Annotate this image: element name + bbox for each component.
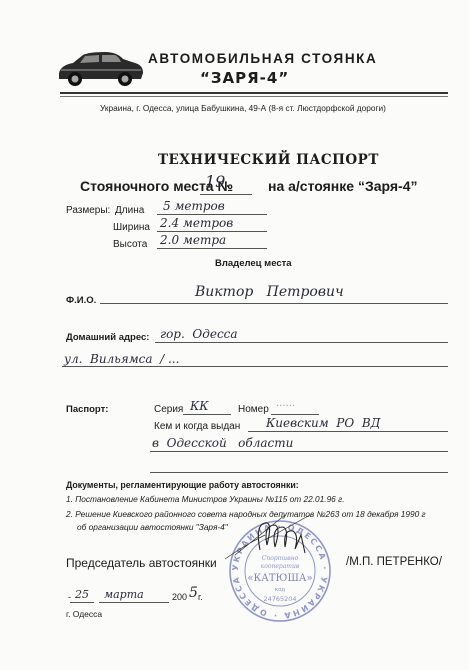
car-logo-icon: [55, 47, 145, 89]
svg-text:«КАТЮША»: «КАТЮША»: [247, 573, 312, 584]
regulation-item-1: 1. Постановление Кабинета Министров Укра…: [66, 494, 345, 504]
issued-line-2: в Одесской области: [152, 436, 293, 450]
height-label: Высота: [113, 239, 147, 250]
address-line-1-rule: [155, 342, 448, 343]
issued-line-1-rule: [248, 431, 448, 432]
height-value: 2.0 метра: [160, 233, 226, 247]
regulations-title: Документы, регламентирующие работу автос…: [66, 480, 299, 490]
width-value: 2.4 метров: [160, 216, 233, 230]
date-quote-open: -: [68, 592, 71, 602]
city-label: г. Одесса: [66, 609, 102, 619]
passport-extra-line: [150, 472, 448, 473]
number-line: [271, 414, 319, 415]
date-suffix: г.: [198, 592, 203, 602]
address-line-1: гор. Одесса: [160, 327, 238, 341]
name-label: Ф.И.О.: [66, 295, 96, 306]
issued-line-2-rule: [150, 451, 448, 452]
owner-section-title: Владелец места: [215, 258, 292, 269]
org-title: АВТОМОБИЛЬНАЯ СТОЯНКА: [148, 51, 377, 66]
regulation-item-2-cont: об организации автостоянки "Заря-4": [77, 522, 228, 532]
length-value: 5 метров: [163, 199, 225, 213]
org-address: Украина, г. Одесса, улица Бабушкина, 49-…: [100, 103, 386, 113]
width-label: Ширина: [113, 222, 150, 233]
series-value: КК: [190, 399, 209, 413]
org-name: “ЗАРЯ-4”: [200, 69, 289, 87]
place-number: 19.: [205, 172, 230, 191]
issued-label: Кем и когда выдан: [154, 421, 240, 432]
place-number-line: [200, 194, 252, 195]
svg-text:кооператив: кооператив: [261, 563, 300, 570]
svg-text:код: код: [275, 587, 286, 593]
address-line-2: ул. Вильямса / ...: [64, 352, 179, 366]
date-year-prefix: 200: [172, 592, 187, 602]
number-value: ······: [276, 401, 295, 412]
chairman-name: /М.П. ПЕТРЕНКО/: [346, 556, 442, 568]
chairman-label: Председатель автостоянки: [66, 556, 217, 570]
svg-text:Спортивно: Спортивно: [262, 555, 299, 562]
date-month: марта: [104, 588, 144, 601]
name-value: Виктор Петрович: [195, 284, 344, 300]
address-line-2-rule: [62, 366, 448, 367]
series-line: [183, 414, 231, 415]
date-month-line: [99, 602, 169, 603]
date-year-digit: 5: [189, 585, 198, 601]
name-line: [100, 303, 448, 304]
document-title: ТЕХНИЧЕСКИЙ ПАСПОРТ: [158, 152, 379, 168]
number-label: Номер: [238, 404, 269, 415]
series-label: Серия: [154, 404, 183, 415]
passport-label: Паспорт:: [66, 404, 108, 415]
header-rule-thin: [60, 96, 448, 97]
place-suffix: на а/стоянке “Заря-4”: [268, 178, 417, 194]
date-day-line: [70, 602, 94, 603]
length-label: Длина: [115, 205, 144, 216]
svg-text:24765204: 24765204: [263, 595, 296, 603]
dimensions-label: Размеры:: [66, 205, 110, 216]
header-rule: [60, 92, 448, 94]
height-line: [157, 248, 267, 249]
date-day: 25: [75, 588, 89, 601]
length-line: [157, 214, 267, 215]
width-line: [157, 231, 267, 232]
home-address-label: Домашний адрес:: [66, 332, 149, 343]
issued-line-1: Киевским РО ВД: [266, 416, 380, 430]
official-stamp-icon: УКРАИНА · ОДЕССА · УКРАИНА · ОДЕССА · Сп…: [225, 515, 335, 627]
